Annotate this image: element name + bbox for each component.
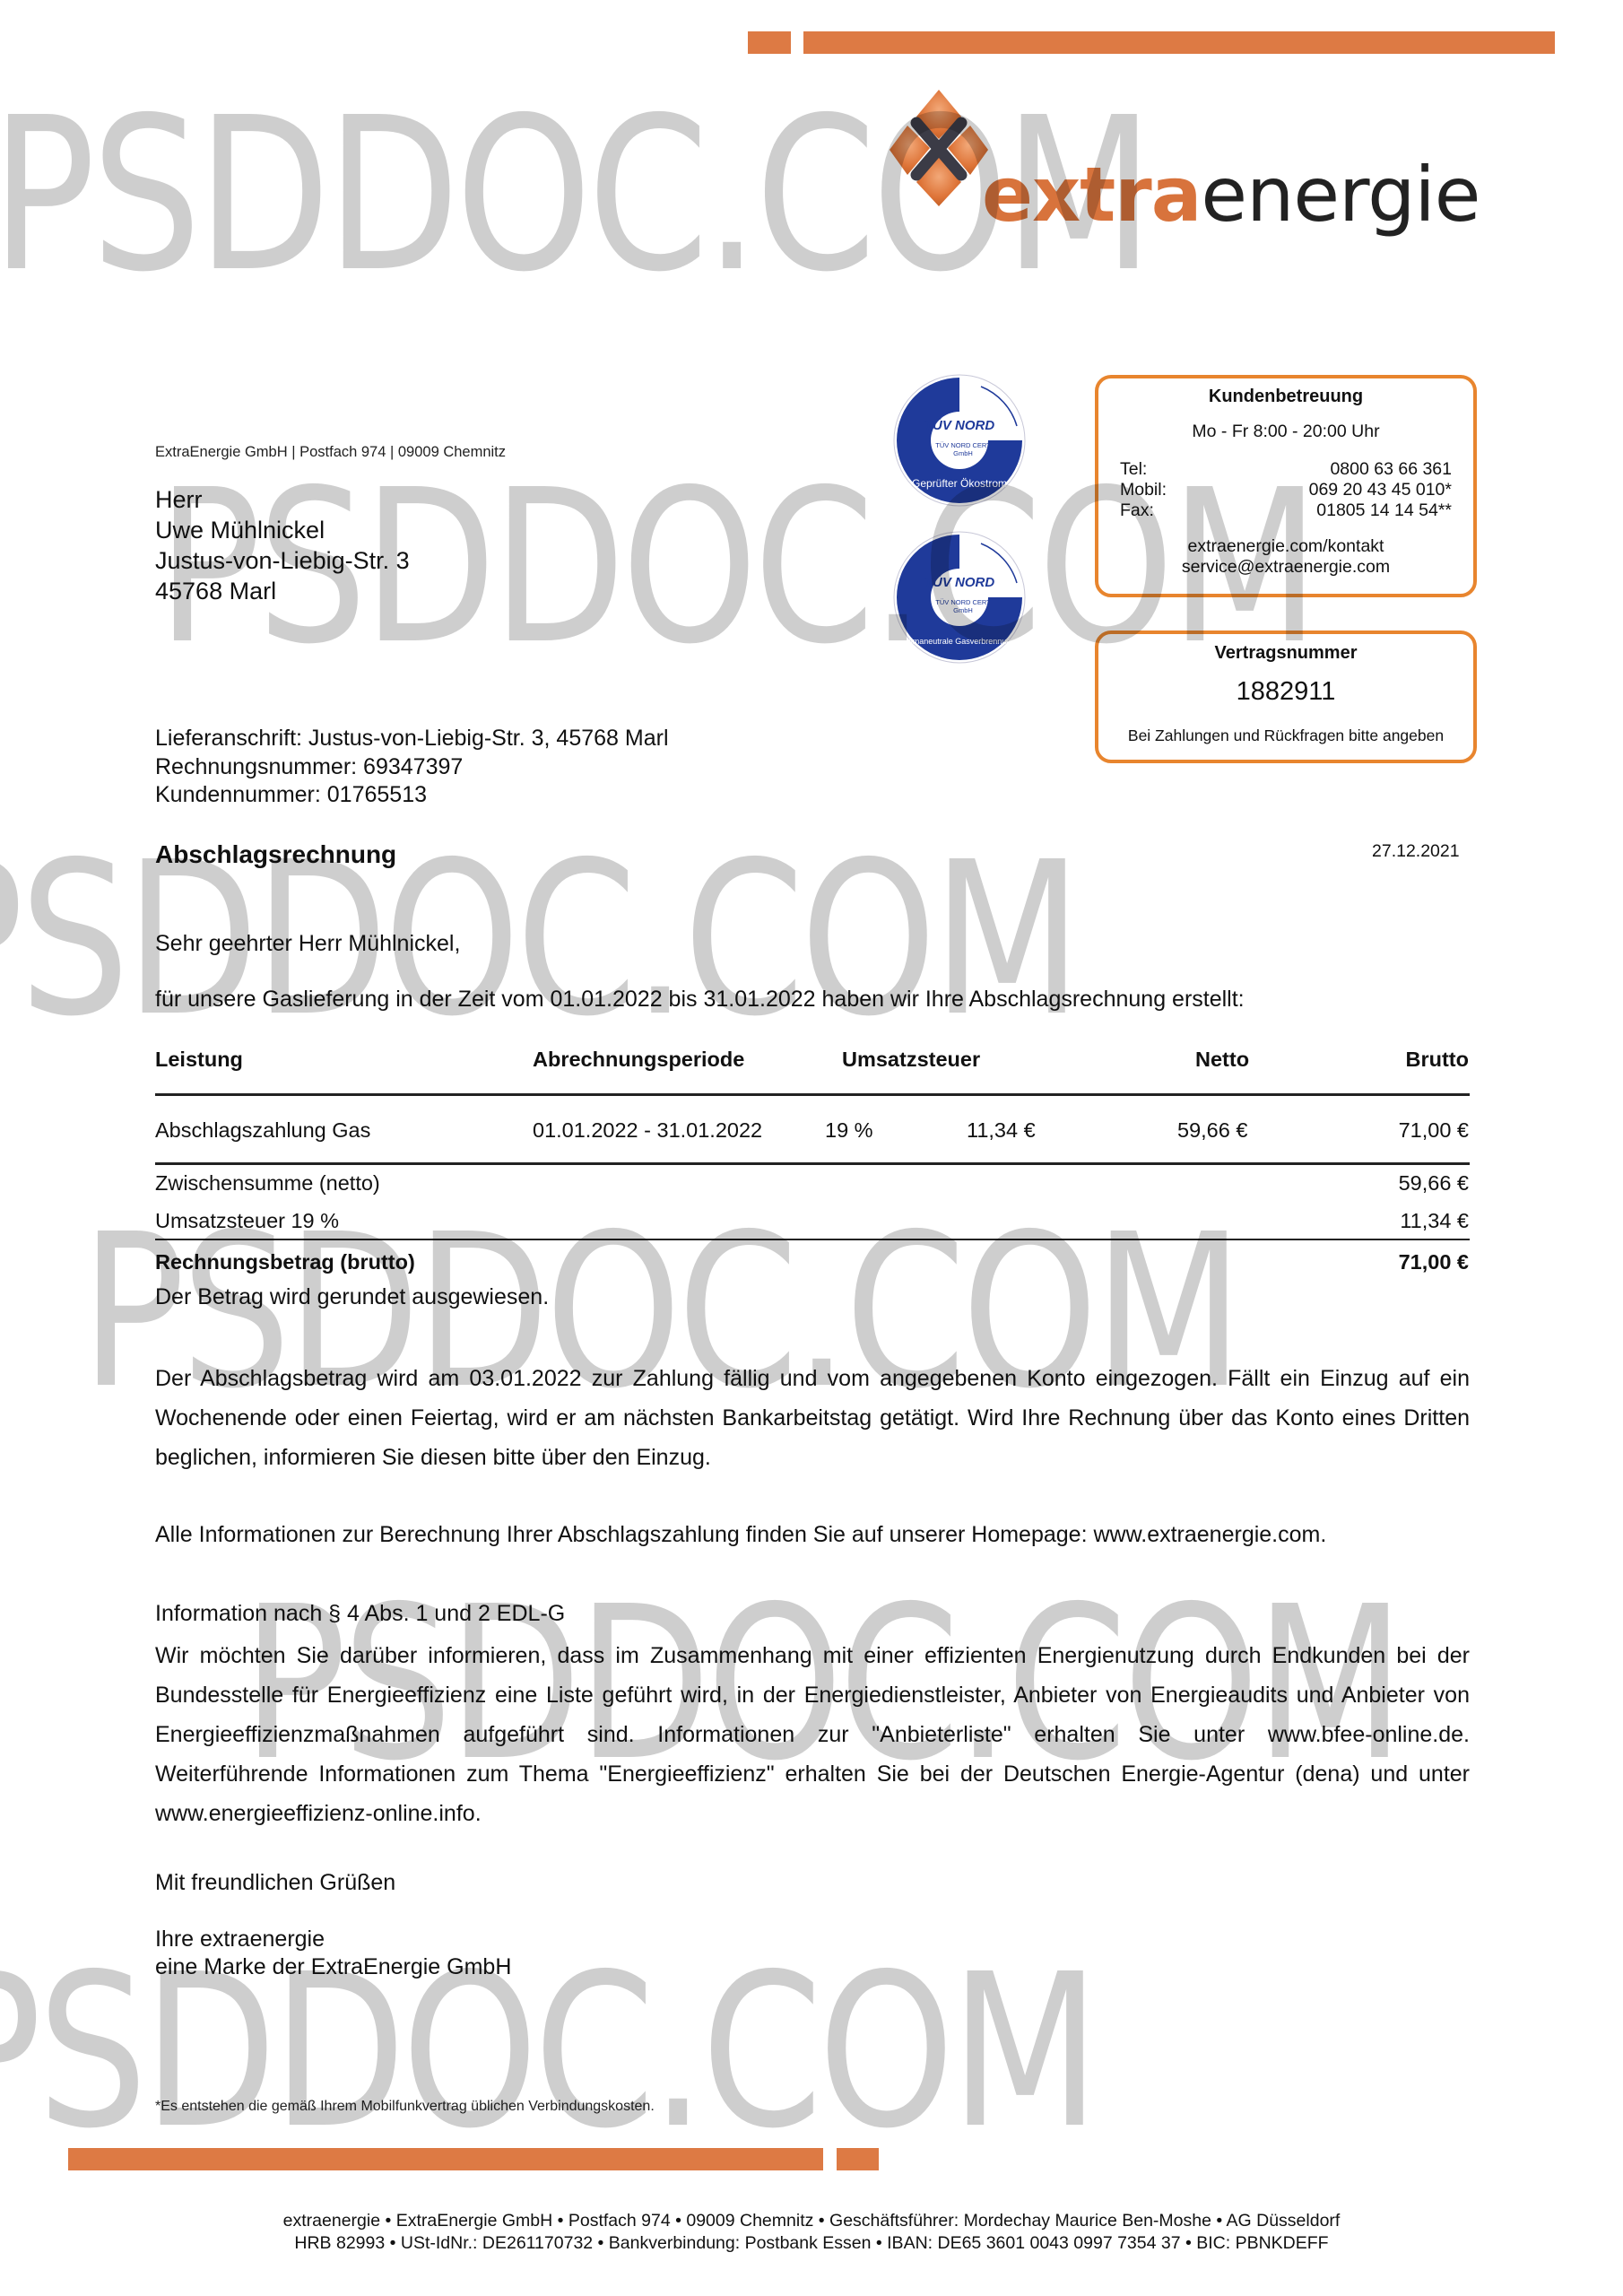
- letter-greeting: Sehr geehrter Herr Mühlnickel,: [155, 931, 460, 957]
- contact-row-mobile: Mobil: 069 20 43 45 010*: [1120, 480, 1452, 500]
- recipient-salutation: Herr: [155, 484, 410, 515]
- col-header-gross: Brutto: [1406, 1048, 1469, 1072]
- contact-web-link[interactable]: extraenergie.com/kontakt: [1098, 536, 1473, 557]
- cell-gross: 71,00 €: [1399, 1118, 1469, 1143]
- subtotal-label: Zwischensumme (netto): [155, 1171, 380, 1196]
- svg-text:TÜV NORD CERT: TÜV NORD CERT: [935, 441, 991, 449]
- contact-label: Fax:: [1120, 500, 1154, 521]
- mobile-link[interactable]: 069 20 43 45 010*: [1309, 480, 1452, 500]
- document-title: Abschlagsrechnung: [155, 840, 396, 869]
- table-row-divider: [155, 1162, 1470, 1165]
- invoice-info: Lieferanschrift: Justus-von-Liebig-Str. …: [155, 725, 669, 810]
- invoice-number: Rechnungsnummer: 69347397: [155, 753, 669, 782]
- fax-number: 01805 14 14 54**: [1316, 500, 1452, 521]
- payment-paragraph: Der Abschlagsbetrag wird am 03.01.2022 z…: [155, 1359, 1470, 1477]
- footer-line-2: HRB 82993 • USt-IdNr.: DE261170732 • Ban…: [0, 2232, 1623, 2255]
- delivery-address: Lieferanschrift: Justus-von-Liebig-Str. …: [155, 725, 669, 753]
- brand-extra: extra: [982, 151, 1201, 239]
- svg-text:Klimaneutrale Gasverbrennung: Klimaneutrale Gasverbrennung: [904, 637, 1016, 646]
- brand-wordmark: extraenergie: [982, 157, 1480, 232]
- total-value: 71,00 €: [1399, 1250, 1469, 1274]
- cell-service: Abschlagszahlung Gas: [155, 1118, 370, 1143]
- contact-label: Tel:: [1120, 459, 1147, 480]
- footer-line-1: extraenergie • ExtraEnergie GmbH • Postf…: [0, 2210, 1623, 2232]
- rounding-note: Der Betrag wird gerundet ausgewiesen.: [155, 1284, 549, 1310]
- tuv-seal-icon: TÜV NORD TÜV NORD CERT GmbH Geprüfter Ök…: [891, 372, 1028, 509]
- cell-vat-amount: 11,34 €: [967, 1118, 1036, 1143]
- cell-period: 01.01.2022 - 31.01.2022: [533, 1118, 762, 1143]
- total-label: Rechnungsbetrag (brutto): [155, 1250, 415, 1274]
- homepage-paragraph: Alle Informationen zur Berechnung Ihrer …: [155, 1522, 1326, 1548]
- table-header-divider: [155, 1093, 1470, 1096]
- phone-link[interactable]: 0800 63 66 361: [1330, 459, 1452, 480]
- subtotal-value: 59,66 €: [1399, 1171, 1469, 1196]
- customer-service-box: Kundenbetreuung Mo - Fr 8:00 - 20:00 Uhr…: [1095, 375, 1477, 597]
- vat-label: Umsatzsteuer 19 %: [155, 1209, 339, 1233]
- brand-energie: energie: [1201, 151, 1480, 239]
- col-header-service: Leistung: [155, 1048, 243, 1072]
- contract-title: Vertragsnummer: [1098, 643, 1473, 664]
- svg-text:Geprüfter Ökostrom: Geprüfter Ökostrom: [912, 477, 1007, 490]
- footnote: *Es entstehen die gemäß Ihrem Mobilfunkv…: [155, 2099, 655, 2115]
- col-header-vat: Umsatzsteuer: [842, 1048, 980, 1072]
- recipient-city: 45768 Marl: [155, 576, 410, 606]
- footer-bar-long: [68, 2148, 823, 2170]
- edl-paragraph: Wir möchten Sie darüber informieren, das…: [155, 1636, 1470, 1833]
- cell-net: 59,66 €: [1177, 1118, 1247, 1143]
- recipient-address: Herr Uwe Mühlnickel Justus-von-Liebig-St…: [155, 484, 410, 606]
- signature-line-1: Ihre extraenergie: [155, 1926, 325, 1952]
- recipient-street: Justus-von-Liebig-Str. 3: [155, 545, 410, 576]
- svg-text:TÜV NORD: TÜV NORD: [924, 575, 995, 590]
- closing-regards: Mit freundlichen Grüßen: [155, 1870, 395, 1896]
- svg-text:TÜV NORD: TÜV NORD: [924, 418, 995, 433]
- extraenergie-logo-icon: [890, 85, 988, 211]
- contract-number: 1882911: [1098, 677, 1473, 707]
- contact-row-tel: Tel: 0800 63 66 361: [1120, 459, 1452, 480]
- col-header-net: Netto: [1195, 1048, 1249, 1072]
- totals-divider: [155, 1239, 1470, 1240]
- footer-bar-small: [837, 2148, 879, 2170]
- vat-value: 11,34 €: [1400, 1209, 1469, 1233]
- signature-line-2: eine Marke der ExtraEnergie GmbH: [155, 1954, 511, 1980]
- contact-row-fax: Fax: 01805 14 14 54**: [1120, 500, 1452, 521]
- tuv-seal-icon: TÜV NORD TÜV NORD CERT GmbH Klimaneutral…: [891, 529, 1028, 665]
- letter-intro: für unsere Gaslieferung in der Zeit vom …: [155, 987, 1245, 1013]
- document-date: 27.12.2021: [1372, 841, 1460, 862]
- contact-label: Mobil:: [1120, 480, 1167, 500]
- recipient-name: Uwe Mühlnickel: [155, 515, 410, 545]
- svg-text:GmbH: GmbH: [953, 449, 973, 457]
- svg-text:GmbH: GmbH: [953, 606, 973, 614]
- contract-number-box: Vertragsnummer 1882911 Bei Zahlungen und…: [1095, 631, 1477, 763]
- col-header-period: Abrechnungsperiode: [533, 1048, 744, 1072]
- customer-service-title: Kundenbetreuung: [1098, 387, 1473, 407]
- cell-vat-rate: 19 %: [825, 1118, 873, 1143]
- header-bar-small: [748, 31, 791, 54]
- contract-note: Bei Zahlungen und Rückfragen bitte angeb…: [1098, 726, 1473, 745]
- customer-number: Kundennummer: 01765513: [155, 781, 669, 810]
- svg-text:TÜV NORD CERT: TÜV NORD CERT: [935, 598, 991, 606]
- contact-email-link[interactable]: service@extraenergie.com: [1098, 557, 1473, 578]
- service-hours: Mo - Fr 8:00 - 20:00 Uhr: [1098, 422, 1473, 442]
- header-bar-long: [803, 31, 1555, 54]
- sender-line: ExtraEnergie GmbH | Postfach 974 | 09009…: [155, 444, 506, 461]
- edl-heading: Information nach § 4 Abs. 1 und 2 EDL-G: [155, 1601, 565, 1627]
